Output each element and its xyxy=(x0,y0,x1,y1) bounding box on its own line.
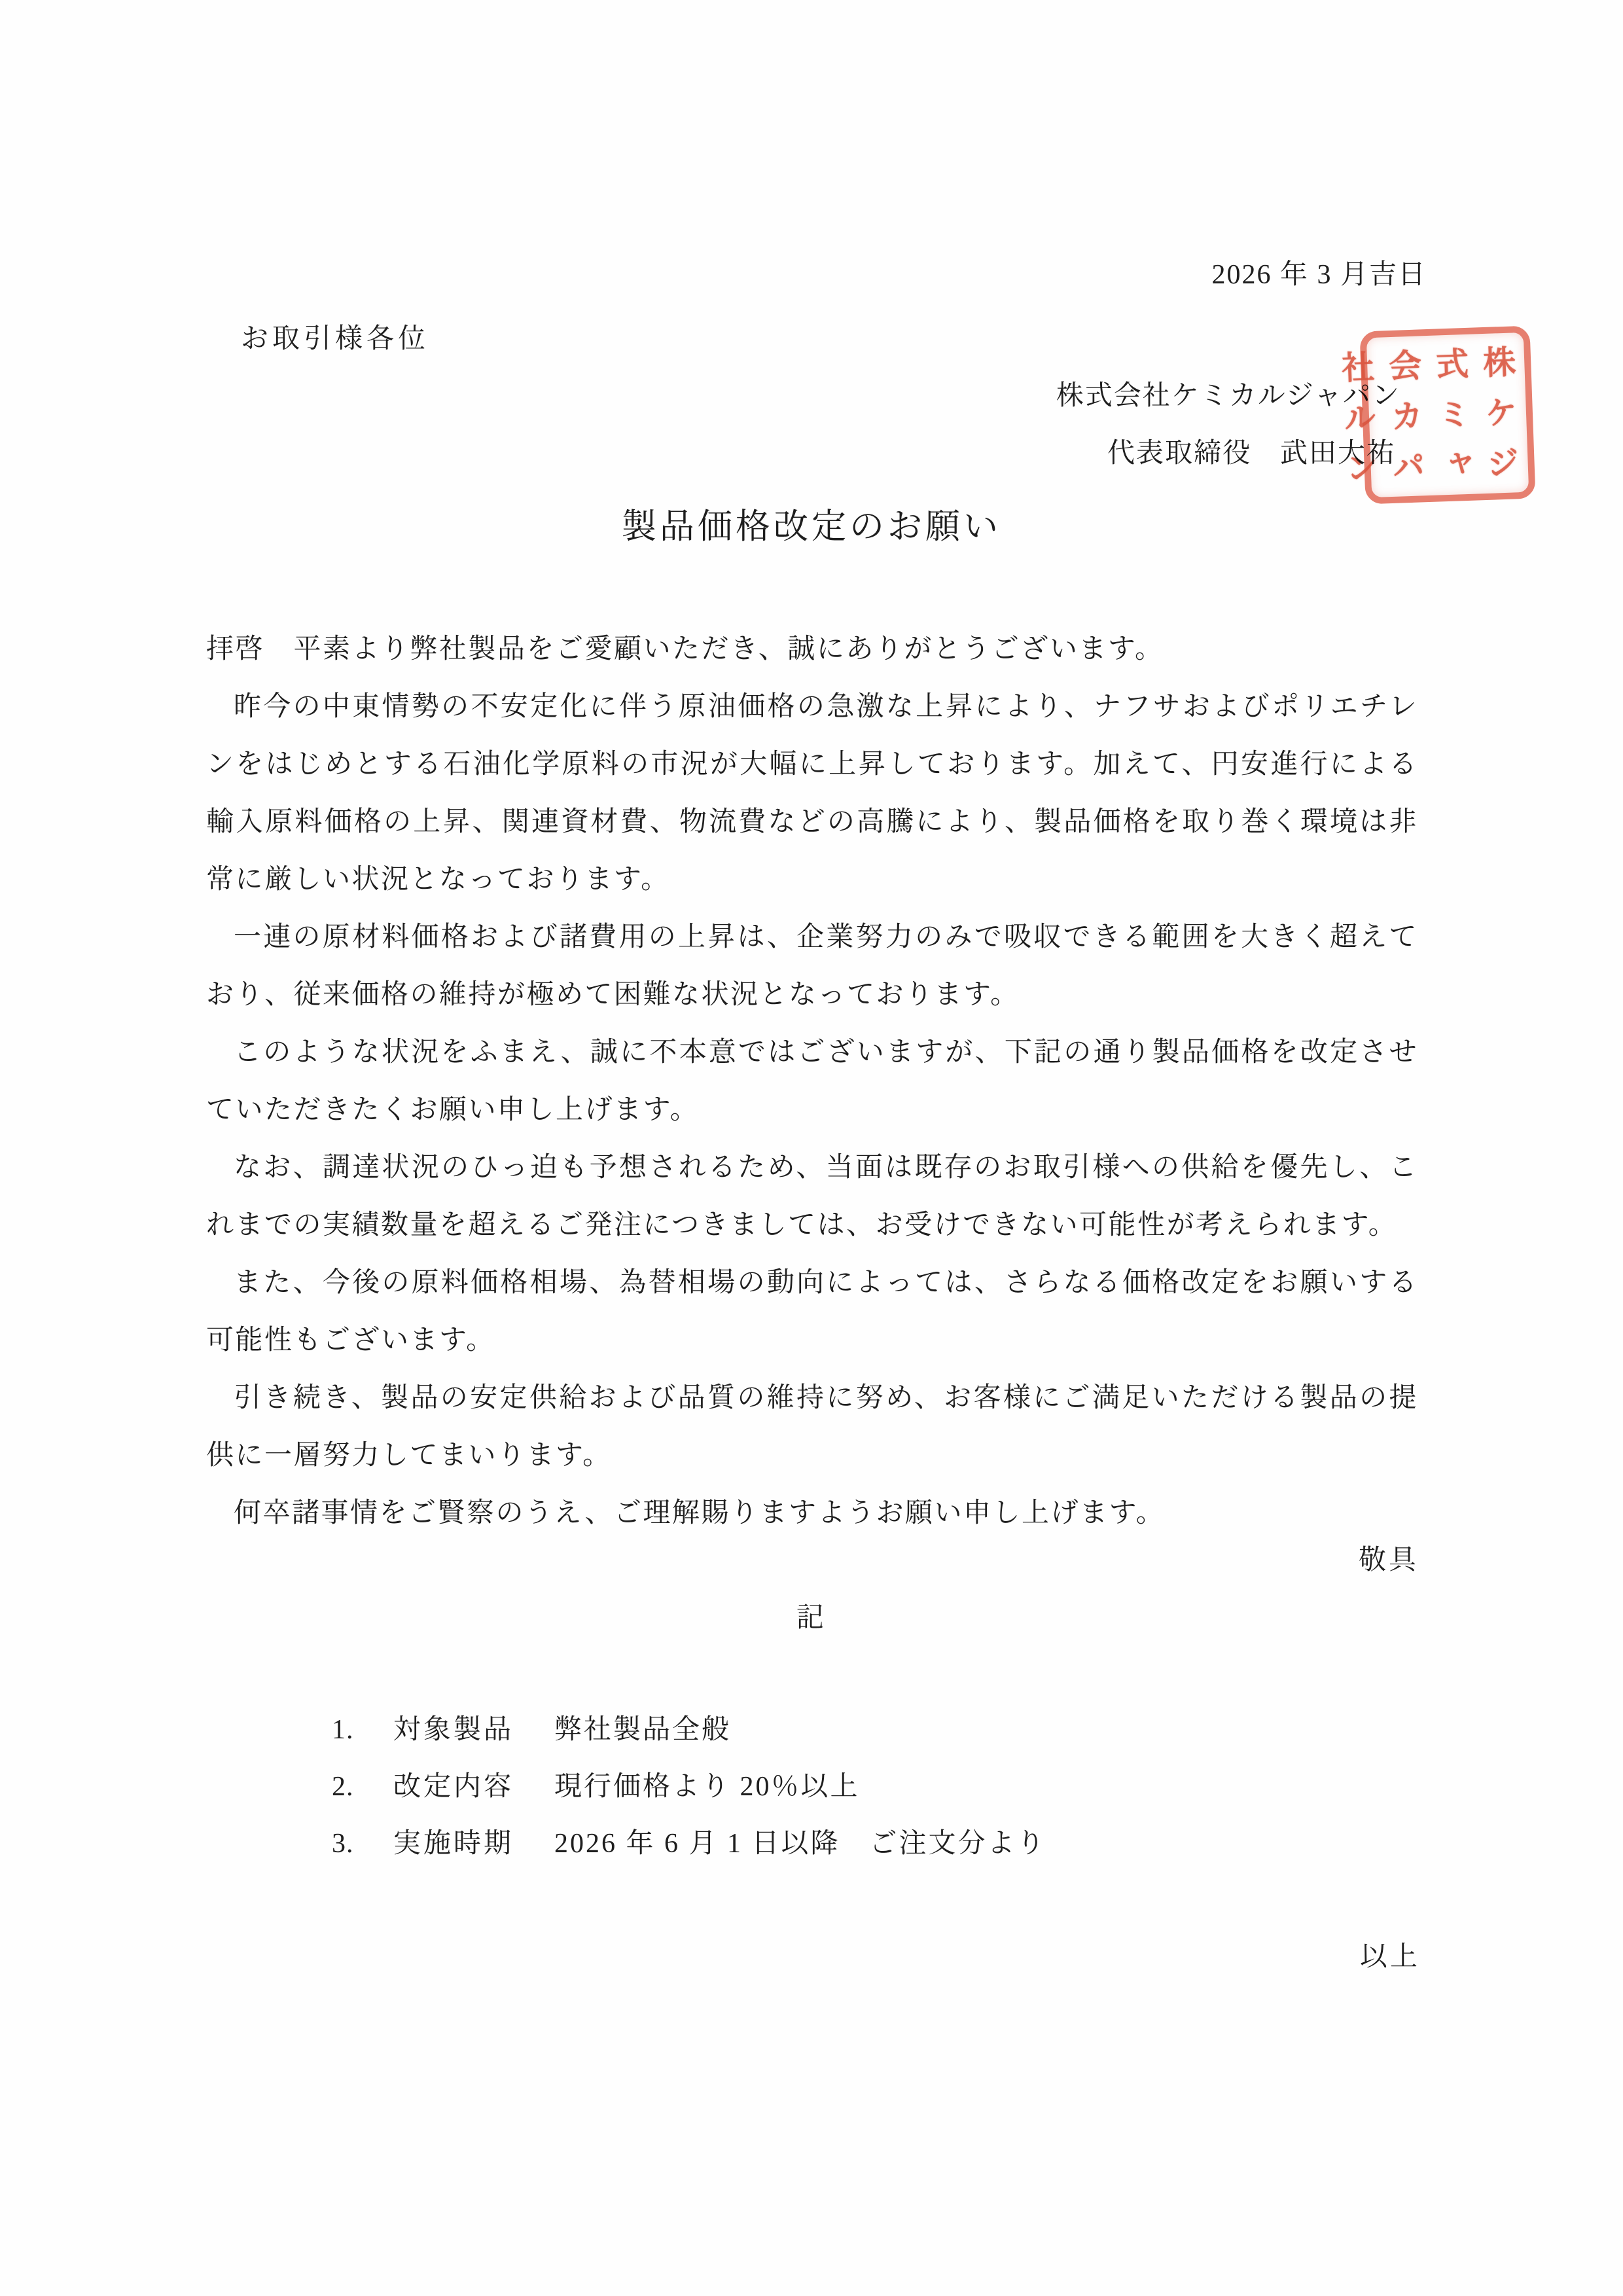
body-paragraph-5: なお、調達状況のひっ迫も予想されるため、当面は既存のお取引様への供給を優先し、こ… xyxy=(206,1139,1418,1254)
date-line: 2026 年 3 月吉日 xyxy=(1211,253,1427,292)
item-label: 対象製品 xyxy=(393,1710,554,1750)
page-title: 製品価格改定のお願い xyxy=(0,499,1623,548)
seal-column-3: ジャパン xyxy=(1374,438,1525,493)
company-seal-text: 株式会社 ケミカル ジャパン xyxy=(1370,336,1525,493)
body-paragraph-3: 一連の原材料価格および諸費用の上昇は、企業努力のみで吸収できる範囲を大きく超えて… xyxy=(206,908,1418,1024)
end-marker-ijou: 以上 xyxy=(1360,1935,1420,1974)
item-number: 3. xyxy=(332,1823,393,1864)
notice-marker-ki: 記 xyxy=(0,1596,1623,1635)
item-number: 1. xyxy=(332,1710,393,1750)
item-label: 実施時期 xyxy=(393,1823,554,1864)
company-seal-stamp: 株式会社 ケミカル ジャパン xyxy=(1359,326,1535,505)
list-item: 1. 対象製品 弊社製品全般 xyxy=(332,1710,1046,1750)
body-paragraph-2: 昨今の中東情勢の不安定化に伴う原油価格の急激な上昇により、ナフサおよびポリエチレ… xyxy=(206,678,1418,908)
item-label: 改定内容 xyxy=(393,1767,554,1807)
item-value: 弊社製品全般 xyxy=(554,1710,731,1750)
list-item: 3. 実施時期 2026 年 6 月 1 日以降 ご注文分より xyxy=(332,1823,1046,1864)
item-value: 2026 年 6 月 1 日以降 ご注文分より xyxy=(554,1823,1046,1864)
seal-column-2: ケミカル xyxy=(1372,387,1524,442)
body-paragraph-4: このような状況をふまえ、誠に不本意ではございますが、下記の通り製品価格を改定させ… xyxy=(206,1024,1418,1139)
recipient-line: お取引様各位 xyxy=(241,317,429,356)
letter-page: 2026 年 3 月吉日 お取引様各位 株式会社ケミカルジャパン 代表取締役 武… xyxy=(0,0,1623,2296)
item-number: 2. xyxy=(332,1767,393,1807)
letter-body: 拝啓 平素より弊社製品をご愛顧いただき、誠にありがとうございます。 昨今の中東情… xyxy=(206,620,1418,1542)
closing-keigu: 敬具 xyxy=(1359,1538,1419,1577)
body-paragraph-1: 拝啓 平素より弊社製品をご愛顧いただき、誠にありがとうございます。 xyxy=(206,620,1418,678)
body-paragraph-8: 何卒諸事情をご賢察のうえ、ご理解賜りますようお願い申し上げます。 xyxy=(206,1484,1418,1542)
body-paragraph-6: また、今後の原料価格相場、為替相場の動向によっては、さらなる価格改定をお願いする… xyxy=(206,1254,1418,1369)
item-value: 現行価格より 20％以上 xyxy=(554,1767,860,1807)
seal-column-1: 株式会社 xyxy=(1370,336,1522,392)
notice-items-list: 1. 対象製品 弊社製品全般 2. 改定内容 現行価格より 20％以上 3. 実… xyxy=(332,1710,1046,1880)
body-paragraph-7: 引き続き、製品の安定供給および品質の維持に努め、お客様にご満足いただける製品の提… xyxy=(206,1369,1418,1484)
list-item: 2. 改定内容 現行価格より 20％以上 xyxy=(332,1767,1046,1807)
